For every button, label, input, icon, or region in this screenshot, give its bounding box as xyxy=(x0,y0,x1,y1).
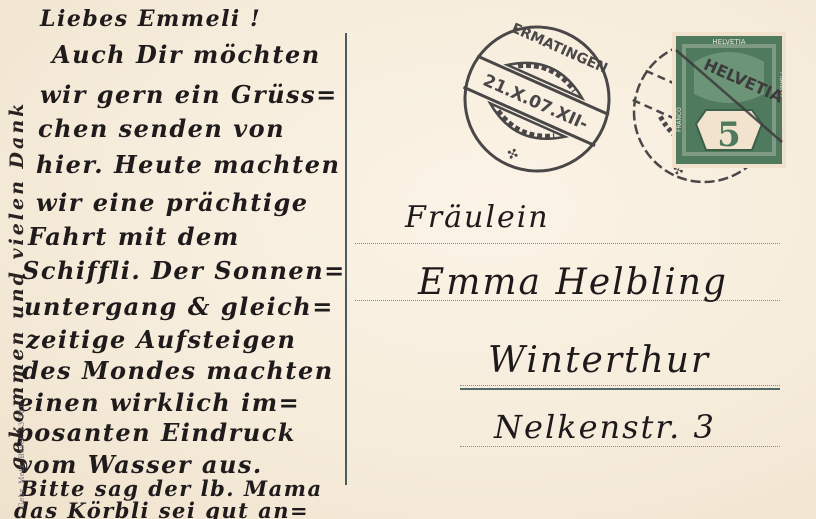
message-line: Auch Dir möchten xyxy=(52,40,321,69)
message-line: des Mondes machten xyxy=(22,356,334,385)
postmark-ermatingen: 21.X.07.XII- ERMATINGEN ✣ xyxy=(456,18,618,180)
address-city: Winterthur xyxy=(488,340,710,381)
divider-line xyxy=(345,33,347,485)
address-line-3 xyxy=(460,385,780,386)
address-underline xyxy=(460,388,780,390)
message-line: chen senden von xyxy=(38,114,285,143)
message-line: Liebes Emmeli ! xyxy=(40,6,261,32)
message-line: vom Wasser aus. xyxy=(18,450,263,479)
message-line: einen wirklich im= xyxy=(18,388,300,417)
stamp-side-left: FRANCO xyxy=(676,107,683,132)
postmark-town: ERMATINGEN xyxy=(509,20,610,77)
address-name: Emma Helbling xyxy=(418,262,728,303)
message-line: das Körbli sei gut an= xyxy=(14,498,309,519)
postmark-star: ✣ xyxy=(504,145,521,164)
address-salutation: Fräulein xyxy=(405,200,550,235)
message-line: hier. Heute machten xyxy=(36,150,340,179)
stamp-value: 5 xyxy=(717,115,741,155)
message-line: untergang & gleich= xyxy=(24,292,334,321)
message-area: Liebes Emmeli ! Auch Dir möchten wir ger… xyxy=(0,0,420,519)
printer-imprint: Gebr. Metz, Basel. 23 301 xyxy=(18,404,26,508)
postcard: Liebes Emmeli ! Auch Dir möchten wir ger… xyxy=(0,0,816,519)
message-line: Schiffli. Der Sonnen= xyxy=(22,256,346,285)
message-line: posanten Eindruck xyxy=(16,418,296,447)
message-line: wir gern ein Grüss= xyxy=(40,80,338,109)
address-line-1 xyxy=(355,243,780,244)
message-line: Fahrt mit dem xyxy=(28,222,240,251)
message-line: wir eine prächtige xyxy=(36,188,309,217)
address-line-4 xyxy=(460,446,780,447)
postage-stamp: 5 HELVETIA FRANCO FRANCO HELVETIA xyxy=(672,32,786,168)
message-line: zeitige Aufsteigen xyxy=(26,325,297,354)
address-street: Nelkenstr. 3 xyxy=(494,408,716,446)
stamp-country: HELVETIA xyxy=(712,38,745,46)
